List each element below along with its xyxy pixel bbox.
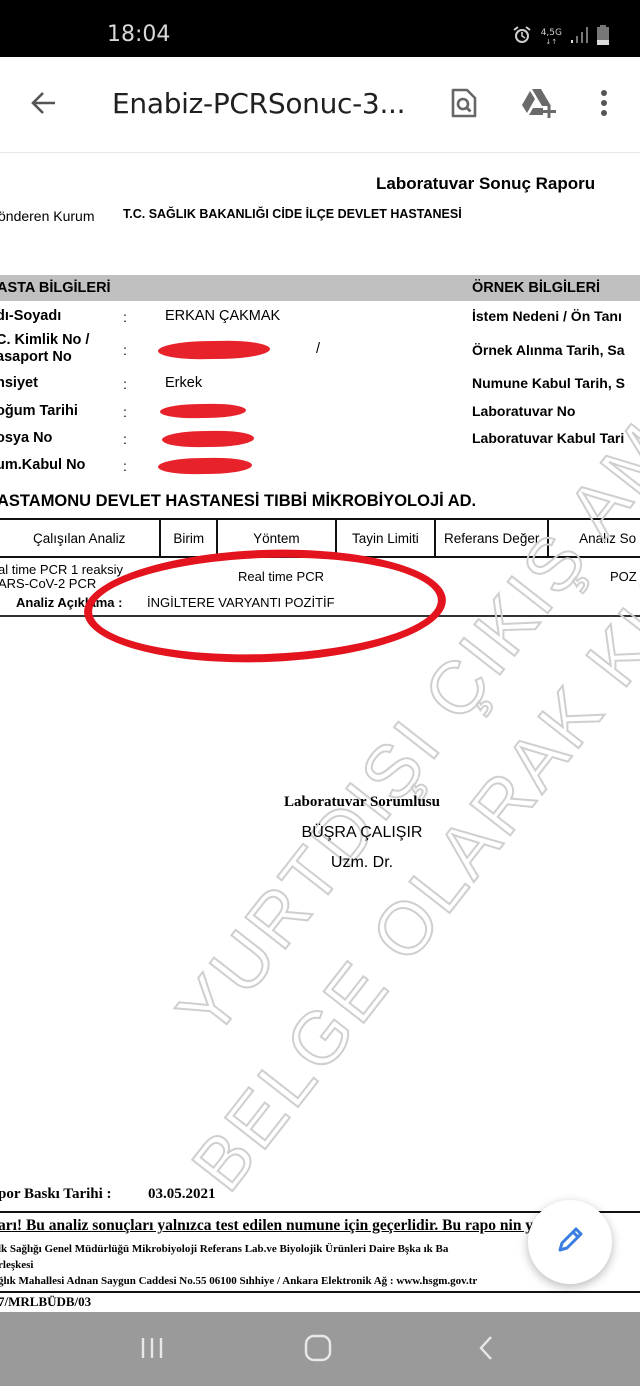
separator: : — [123, 342, 127, 358]
redaction-mark — [162, 430, 254, 448]
signature-title: Laboratuvar Sorumlusu — [0, 794, 640, 811]
signature-role: Uzm. Dr. — [0, 854, 640, 872]
add-to-drive-button[interactable] — [518, 85, 558, 125]
document-title: Enabiz-PCRSonuc-3... — [112, 87, 405, 120]
recent-apps-button[interactable] — [122, 1332, 182, 1368]
footer-rule — [0, 1291, 640, 1293]
redaction-mark — [158, 340, 270, 360]
print-date-value: 03.05.2021 — [148, 1186, 216, 1203]
signal-icon — [570, 26, 588, 49]
sample-row-reason: İstem Nedeni / Ön Tanı — [472, 308, 622, 324]
alarm-icon — [511, 24, 533, 51]
separator: : — [123, 404, 127, 420]
system-nav-bar — [0, 1312, 640, 1386]
back-icon — [477, 1335, 495, 1366]
home-icon — [304, 1334, 332, 1367]
pdf-page[interactable]: Laboratuvar Sonuç Raporu önderen Kurum T… — [0, 154, 640, 1312]
analysis-name-line2: ARS-CoV-2 PCR — [0, 576, 96, 591]
patient-name-value: ERKAN ÇAKMAK — [165, 308, 280, 324]
recent-apps-icon — [139, 1336, 165, 1365]
form-code: 7/MRLBÜDB/03 — [0, 1294, 91, 1310]
id-passport-label: C. Kimlik No / asaport No — [0, 332, 89, 366]
edit-pencil-icon — [555, 1225, 585, 1260]
sample-row-acceptance-date: Numune Kabul Tarih, S — [472, 375, 625, 391]
redaction-mark — [158, 457, 252, 475]
sample-info-heading: ÖRNEK BİLGİLERİ — [472, 280, 600, 296]
sample-row-collection-date: Örnek Alınma Tarih, Sa — [472, 342, 625, 358]
network-4-5g-icon: 4,5G↓↑ — [541, 29, 562, 47]
results-table: Çalışılan Analiz Birim Yöntem Tayin Limi… — [0, 518, 640, 558]
id-slash: / — [316, 341, 320, 357]
validity-warning: arı! Bu analiz sonuçları yalnızca test e… — [0, 1217, 533, 1235]
footer-line-2: rleşkesi — [0, 1259, 33, 1271]
home-button[interactable] — [288, 1332, 348, 1368]
watermark: YURTDIŞI ÇIKIŞ AMA BELGE OLARAK KULL — [0, 154, 640, 1312]
report-title: Laboratuvar Sonuç Raporu — [376, 174, 595, 194]
analysis-note-label: Analiz Açıklama : — [16, 595, 122, 610]
status-icons: 4,5G↓↑ — [511, 24, 610, 51]
analysis-note-value: İNGİLTERE VARYANTI POZİTİF — [147, 595, 335, 610]
accept-no-label: um.Kabul No — [0, 457, 85, 474]
gender-value: Erkek — [165, 375, 202, 391]
separator: : — [123, 431, 127, 447]
birth-date-label: oğum Tarihi — [0, 403, 78, 420]
patient-name-label: dı-Soyadı — [0, 308, 61, 325]
more-vert-icon — [600, 89, 608, 122]
col-header: Birim — [160, 519, 217, 557]
app-bar: Enabiz-PCRSonuc-3... — [0, 57, 640, 153]
print-date-label: por Baskı Tarihi : — [0, 1186, 112, 1203]
col-header: Yöntem — [217, 519, 335, 557]
more-options-button[interactable] — [584, 85, 624, 125]
separator: : — [123, 458, 127, 474]
footer-line-3: ğlık Mahallesi Adnan Saygun Caddesi No.5… — [0, 1275, 477, 1287]
separator: : — [123, 376, 127, 392]
patient-info-heading: ASTA BİLGİLERİ — [0, 280, 111, 296]
sender-label: önderen Kurum — [0, 208, 95, 224]
back-arrow-icon — [30, 89, 58, 122]
result-value: POZ — [610, 569, 637, 584]
add-to-drive-icon — [520, 87, 556, 124]
sample-row-lab-no: Laboratuvar No — [472, 403, 575, 419]
redaction-mark — [160, 403, 246, 418]
signature-name: BÜŞRA ÇALIŞIR — [0, 824, 640, 842]
col-header: Analiz So — [548, 519, 640, 557]
separator: : — [123, 309, 127, 325]
file-no-label: osya No — [0, 430, 52, 447]
battery-icon — [596, 25, 610, 50]
col-header: Referans Değer — [435, 519, 548, 557]
status-bar: 18:04 4,5G↓↑ — [0, 0, 640, 57]
sample-row-lab-accept-date: Laboratuvar Kabul Tari — [472, 430, 624, 446]
nav-back-button[interactable] — [456, 1332, 516, 1368]
find-in-document-button[interactable] — [444, 85, 484, 125]
table-header-row: Çalışılan Analiz Birim Yöntem Tayin Limi… — [0, 519, 640, 557]
find-in-document-icon — [451, 88, 477, 123]
edit-fab-button[interactable] — [528, 1200, 612, 1284]
status-time: 18:04 — [107, 22, 170, 47]
sender-value: T.C. SAĞLIK BAKANLIĞI CİDE İLÇE DEVLET H… — [123, 207, 462, 221]
footer-line-1: lk Sağlığı Genel Müdürlüğü Mikrobiyoloji… — [0, 1243, 448, 1255]
col-header: Tayin Limiti — [336, 519, 436, 557]
network-label: 4,5G — [541, 28, 562, 38]
lab-department-heading: ASTAMONU DEVLET HASTANESİ TIBBİ MİKROBİY… — [0, 492, 476, 511]
back-button[interactable] — [26, 87, 62, 123]
gender-label: nsiyet — [0, 375, 38, 392]
analysis-name-line1: al time PCR 1 reaksiy — [0, 562, 123, 577]
col-header: Çalışılan Analiz — [0, 519, 160, 557]
table-bottom-border — [0, 615, 640, 617]
method-value: Real time PCR — [238, 569, 324, 584]
